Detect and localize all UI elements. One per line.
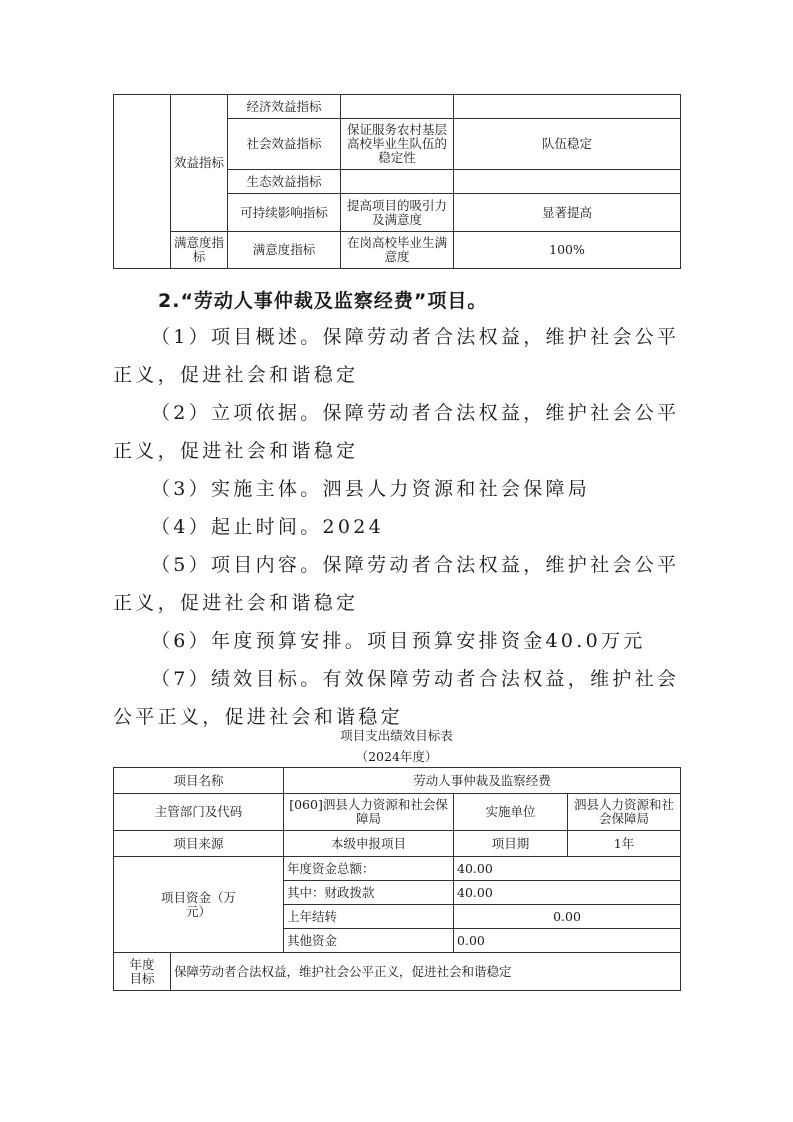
period-label: 项目期 (454, 831, 568, 857)
satisfaction-indicator-group: 满意度指标 (171, 232, 228, 269)
item-content: （5）项目内容。保障劳动者合法权益，维护社会公平正义，促进社会和谐稳定 (113, 546, 683, 622)
fund-carryover-label: 上年结转 (284, 905, 454, 929)
indicator-desc (341, 170, 454, 194)
section-body: （1）项目概述。保障劳动者合法权益，维护社会公平正义，促进社会和谐稳定 （2）立… (113, 318, 683, 736)
fund-fiscal-value: 40.00 (454, 881, 681, 905)
fund-carryover-value: 0.00 (454, 905, 681, 929)
indicator-target: 显著提高 (454, 194, 681, 232)
indicator-target: 队伍稳定 (454, 119, 681, 170)
item-budget: （6）年度预算安排。项目预算安排资金40.0万元 (113, 622, 683, 660)
dept-label: 主管部门及代码 (114, 794, 284, 831)
section-heading: 2.“劳动人事仲裁及监察经费”项目。 (158, 286, 487, 313)
indicator-name: 生态效益指标 (228, 170, 341, 194)
project-performance-table: 项目名称 劳动人事仲裁及监察经费 主管部门及代码 [060]泗县人力资源和社会保… (113, 767, 681, 991)
indicator-target (454, 95, 681, 119)
fund-total-value: 40.00 (454, 857, 681, 881)
project-name-label: 项目名称 (114, 768, 284, 794)
item-subject: （3）实施主体。泗县人力资源和社会保障局 (113, 470, 683, 508)
source-value: 本级申报项目 (284, 831, 454, 857)
table-title: 项目支出绩效目标表 (0, 726, 793, 744)
indicator-name: 社会效益指标 (228, 119, 341, 170)
item-goal: （7）绩效目标。有效保障劳动者合法权益，维护社会公平正义，促进社会和谐稳定 (113, 660, 683, 736)
dept-value: [060]泗县人力资源和社会保障局 (284, 794, 454, 831)
indicator-target: 100% (454, 232, 681, 269)
fund-other-label: 其他资金 (284, 929, 454, 953)
period-value: 1年 (568, 831, 681, 857)
indicator-desc (341, 95, 454, 119)
performance-indicator-table-continued: 效益指标 经济效益指标 社会效益指标 保证服务农村基层高校毕业生队伍的稳定性 队… (113, 94, 681, 269)
item-basis: （2）立项依据。保障劳动者合法权益，维护社会公平正义，促进社会和谐稳定 (113, 394, 683, 470)
benefit-indicator-group: 效益指标 (171, 95, 228, 232)
fund-other-value: 0.00 (454, 929, 681, 953)
indicator-desc: 在岗高校毕业生满意度 (341, 232, 454, 269)
project-name-value: 劳动人事仲裁及监察经费 (284, 768, 681, 794)
impl-unit-value: 泗县人力资源和社会保障局 (568, 794, 681, 831)
source-label: 项目来源 (114, 831, 284, 857)
indicator-desc: 提高项目的吸引力及满意度 (341, 194, 454, 232)
funds-label: 项目资金（万元） (114, 857, 284, 953)
impl-unit-label: 实施单位 (454, 794, 568, 831)
indicator-desc: 保证服务农村基层高校毕业生队伍的稳定性 (341, 119, 454, 170)
indicator-name: 可持续影响指标 (228, 194, 341, 232)
indicator-name: 经济效益指标 (228, 95, 341, 119)
indicator-target (454, 170, 681, 194)
indicator-name: 满意度指标 (228, 232, 341, 269)
annual-goal-label: 年度目标 (114, 953, 171, 991)
annual-goal-value: 保障劳动者合法权益，维护社会公平正义，促进社会和谐稳定 (171, 953, 681, 991)
table-year: （2024年度） (0, 747, 793, 765)
item-overview: （1）项目概述。保障劳动者合法权益，维护社会公平正义，促进社会和谐稳定 (113, 318, 683, 394)
fund-fiscal-label: 其中：财政拨款 (284, 881, 454, 905)
fund-total-label: 年度资金总额： (284, 857, 454, 881)
first-level-indicator-cell (114, 95, 171, 269)
item-period: （4）起止时间。2024 (113, 508, 683, 546)
